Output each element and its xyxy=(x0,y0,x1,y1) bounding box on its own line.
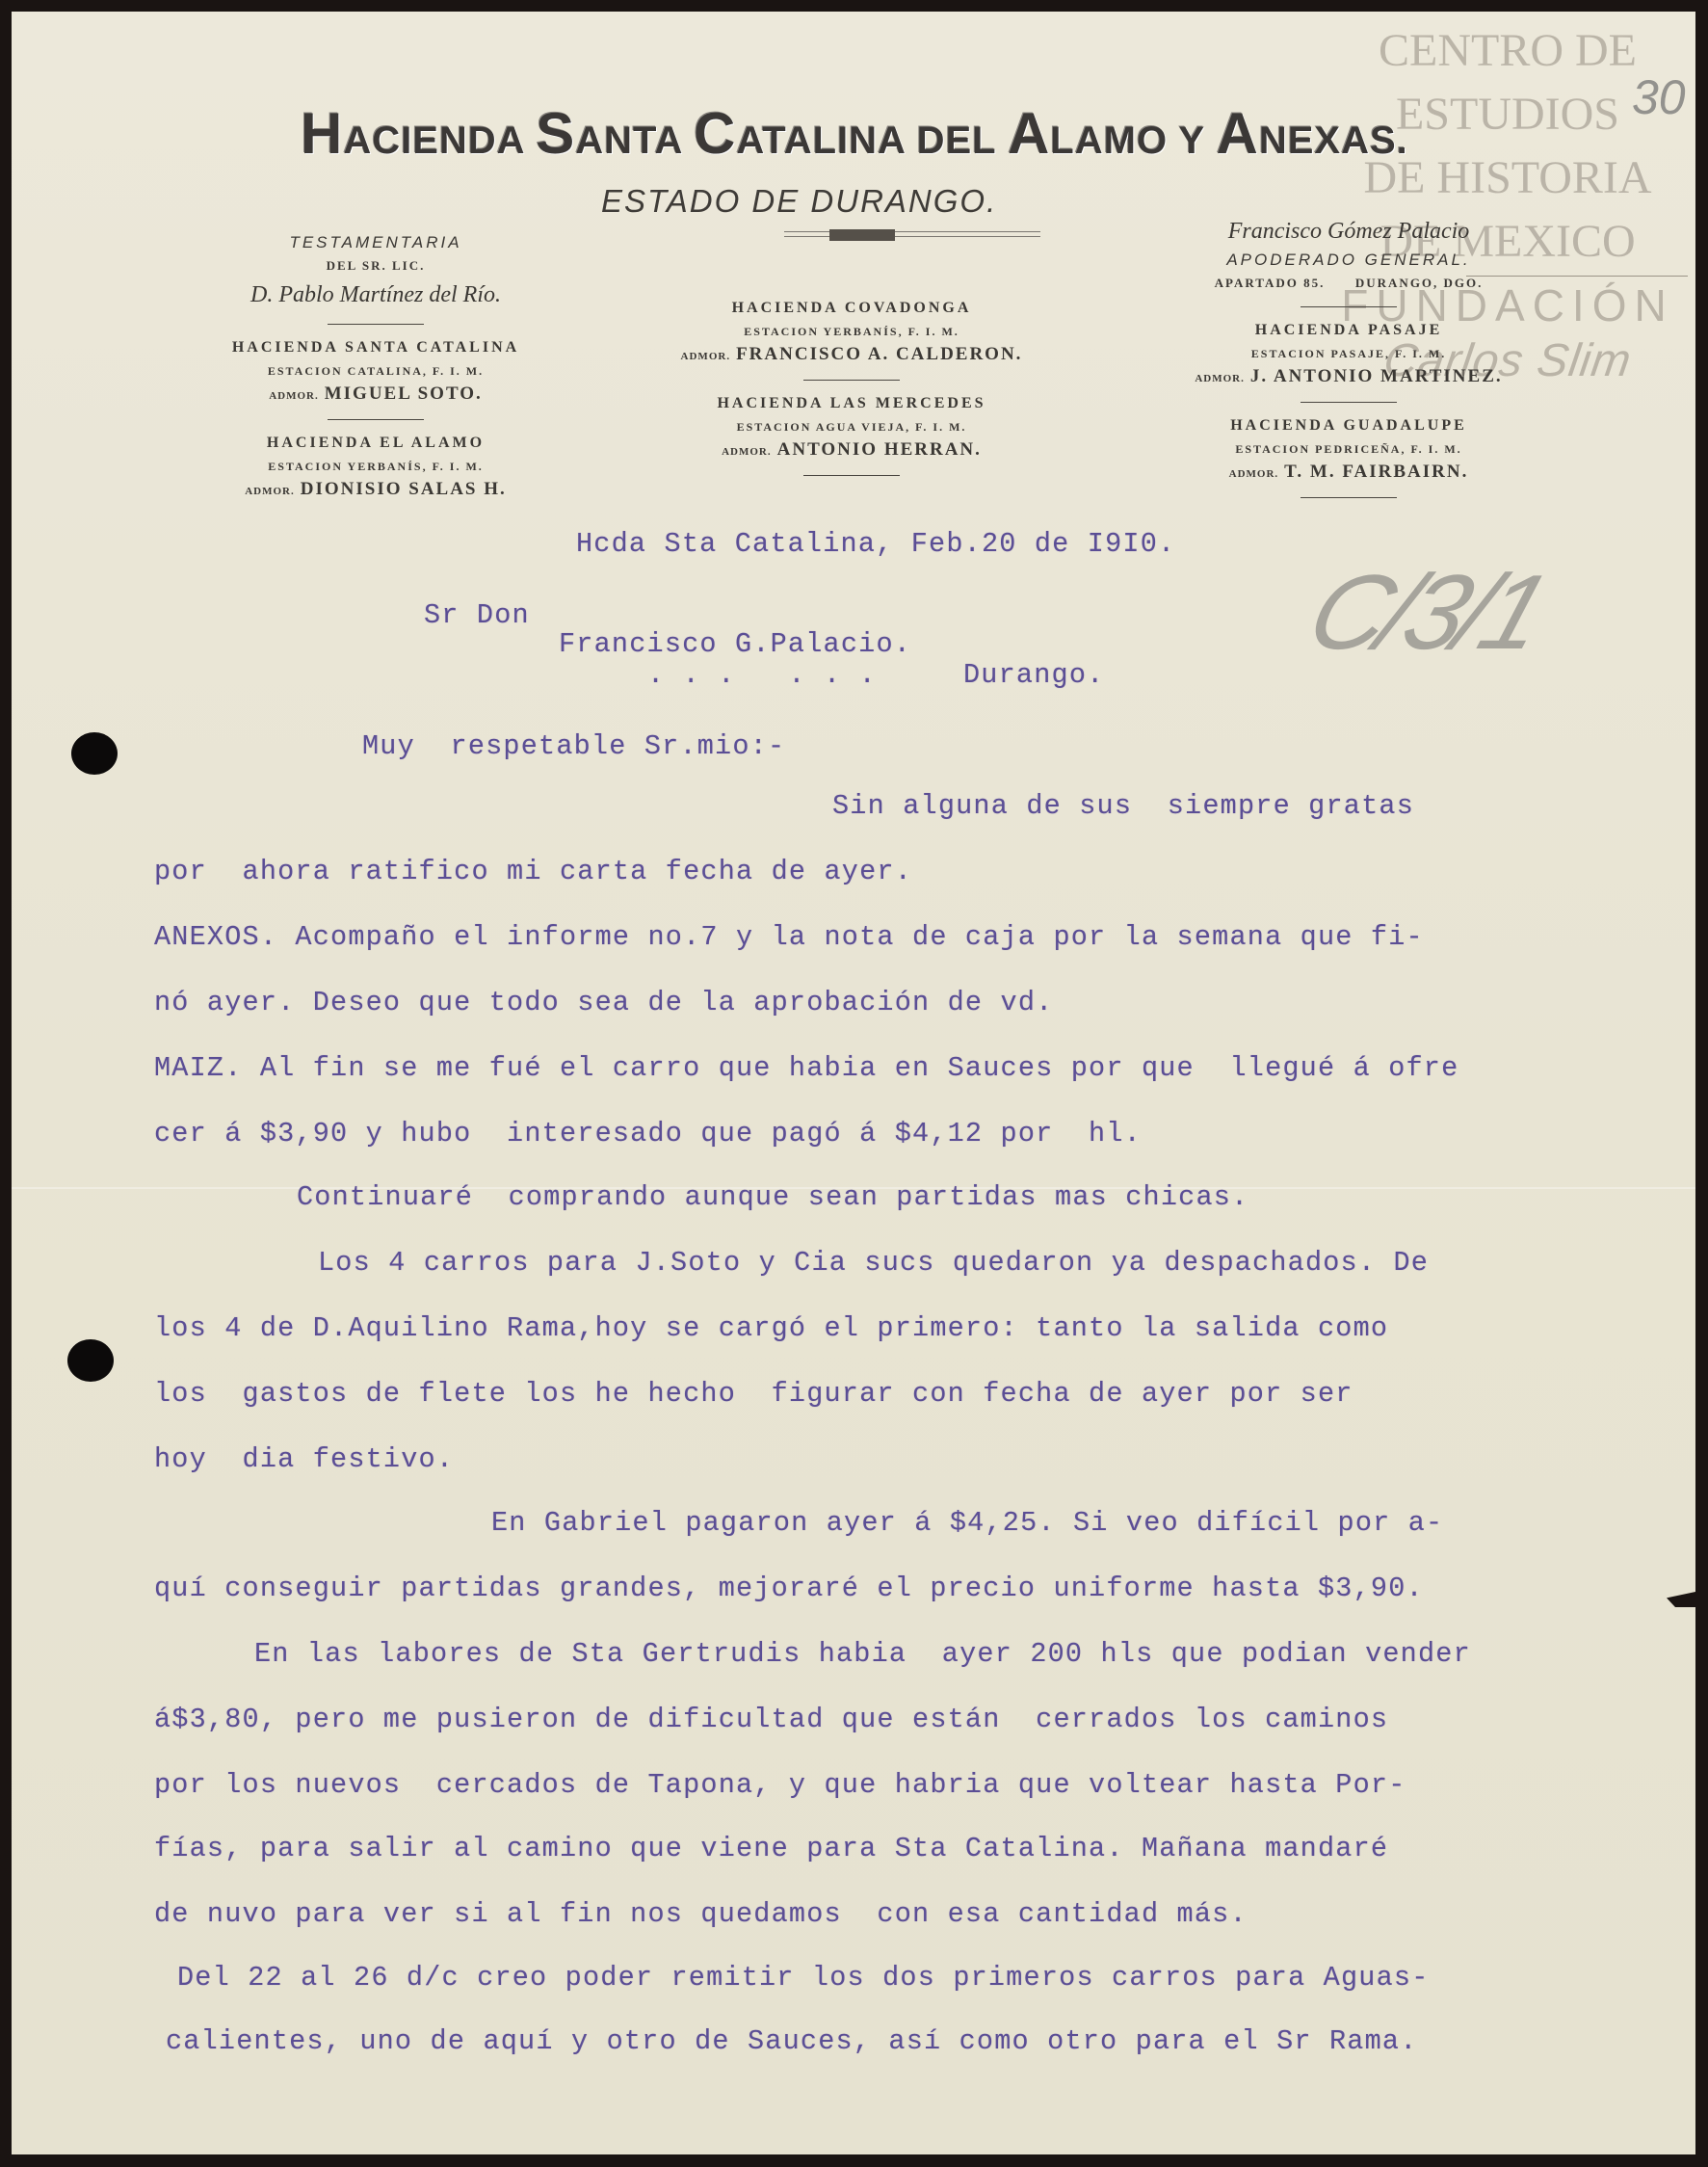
hacienda-station: ESTACION PEDRICEÑA, F. I. M. xyxy=(1146,437,1551,461)
hacienda-station: ESTACION AGUA VIEJA, F. I. M. xyxy=(611,415,1092,438)
body-line: ANEXOS. Acompaño el informe no.7 y la no… xyxy=(154,921,1424,953)
city: DURANGO, DGO. xyxy=(1355,276,1484,290)
divider xyxy=(803,380,900,381)
greeting: Muy respetable Sr.mio:- xyxy=(362,730,785,762)
punch-hole-top xyxy=(71,732,118,775)
divider xyxy=(328,324,424,325)
body-line: hoy dia festivo. xyxy=(154,1443,454,1475)
title-word: ATALINA DEL xyxy=(736,119,1008,162)
apartado: APARTADO 85. xyxy=(1215,276,1326,290)
letterhead-right-column: Francisco Gómez Palacio APODERADO GENERA… xyxy=(1146,214,1551,510)
hacienda-name: HACIENDA EL ALAMO xyxy=(183,432,568,455)
apoderado-title: APODERADO GENERAL. xyxy=(1146,249,1551,272)
recipient-city: Durango. xyxy=(963,659,1104,691)
body-line: cer á $3,90 y hubo interesado que pagó á… xyxy=(154,1118,1142,1150)
admor-label: ADMOR. xyxy=(245,486,295,497)
title-initial: H xyxy=(301,101,343,166)
hacienda-admor: ADMOR.FRANCISCO A. CALDERON. xyxy=(611,343,1092,368)
body-line: de nuvo para ver si al fin nos quedamos … xyxy=(154,1898,1248,1930)
hacienda-station: ESTACION YERBANÍS, F. I. M. xyxy=(611,320,1092,343)
divider xyxy=(1301,306,1397,307)
body-line: calientes, uno de aquí y otro de Sauces,… xyxy=(166,2025,1418,2057)
letterhead-title: HACIENDA SANTA CATALINA DEL ALAMO Y ANEX… xyxy=(301,100,1418,167)
body-line: los 4 de D.Aquilino Rama,hoy se cargó el… xyxy=(154,1312,1388,1344)
admor-label: ADMOR. xyxy=(1195,373,1245,384)
body-line: En las labores de Sta Gertrudis habia ay… xyxy=(254,1638,1471,1670)
divider xyxy=(328,419,424,420)
divider xyxy=(803,475,900,476)
admor-name: FRANCISCO A. CALDERON. xyxy=(736,344,1022,364)
hacienda-name: HACIENDA SANTA CATALINA xyxy=(183,336,568,359)
letterhead-subtitle: ESTADO DE DURANGO. xyxy=(601,183,997,220)
admor-name: J. ANTONIO MARTINEZ. xyxy=(1250,366,1503,386)
title-initial: A xyxy=(1217,101,1259,166)
letter-page: CENTRO DE ESTUDIOS DE HISTORIA DE MEXICO… xyxy=(12,12,1695,2154)
recipient-city-dots: . . . . . . xyxy=(647,659,877,691)
pencil-reference-mark: C/3/1 xyxy=(1294,551,1558,674)
admor-name: T. M. FAIRBAIRN. xyxy=(1284,462,1468,482)
admor-name: DIONISIO SALAS H. xyxy=(301,479,507,499)
body-line: Los 4 carros para J.Soto y Cia sucs qued… xyxy=(318,1247,1429,1279)
body-line: fías, para salir al camino que viene par… xyxy=(154,1833,1388,1864)
divider xyxy=(1301,402,1397,403)
hacienda-admor: ADMOR.DIONISIO SALAS H. xyxy=(183,478,568,503)
place-date: Hcda Sta Catalina, Feb.20 de I9I0. xyxy=(576,528,1175,560)
punch-hole-bottom xyxy=(67,1339,114,1382)
body-line: nó ayer. Deseo que todo sea de la aproba… xyxy=(154,987,1053,1018)
salutation-prefix: Sr Don xyxy=(424,599,530,631)
body-line: por ahora ratifico mi carta fecha de aye… xyxy=(154,856,912,887)
testamentaria-label: TESTAMENTARIA xyxy=(183,231,568,254)
title-initial: C xyxy=(694,101,736,166)
letterhead-left-column: TESTAMENTARIA DEL SR. LIC. D. Pablo Mart… xyxy=(183,231,568,503)
admor-name: MIGUEL SOTO. xyxy=(325,383,483,404)
body-line: En Gabriel pagaron ayer á $4,25. Si veo … xyxy=(491,1507,1443,1539)
body-line: Sin alguna de sus siempre gratas xyxy=(832,790,1414,822)
body-line: MAIZ. Al fin se me fué el carro que habi… xyxy=(154,1052,1458,1084)
admor-label: ADMOR. xyxy=(269,390,319,402)
hacienda-name: HACIENDA LAS MERCEDES xyxy=(611,392,1092,415)
body-line: quí conseguir partidas grandes, mejoraré… xyxy=(154,1572,1424,1604)
hacienda-admor: ADMOR.J. ANTONIO MARTINEZ. xyxy=(1146,365,1551,390)
apartado-line: APARTADO 85. DURANGO, DGO. xyxy=(1146,272,1551,295)
hacienda-station: ESTACION YERBANÍS, F. I. M. xyxy=(183,455,568,478)
hacienda-admor: ADMOR.T. M. FAIRBAIRN. xyxy=(1146,461,1551,486)
letterhead-center-column: HACIENDA COVADONGA ESTACION YERBANÍS, F.… xyxy=(611,297,1092,488)
owner-name: D. Pablo Martínez del Río. xyxy=(183,277,568,312)
title-word: NEXAS. xyxy=(1259,119,1408,162)
hacienda-name: HACIENDA GUADALUPE xyxy=(1146,414,1551,437)
body-line: Continuaré comprando aunque sean partida… xyxy=(297,1181,1248,1213)
recipient-name: Francisco G.Palacio. xyxy=(559,628,911,660)
apoderado-name: Francisco Gómez Palacio xyxy=(1146,214,1551,249)
hacienda-admor: ADMOR.MIGUEL SOTO. xyxy=(183,383,568,408)
body-line: los gastos de flete los he hecho figurar… xyxy=(154,1378,1353,1410)
title-word: LAMO Y xyxy=(1050,119,1216,162)
body-line: por los nuevos cercados de Tapona, y que… xyxy=(154,1769,1406,1801)
paper-tear xyxy=(1667,1592,1695,1607)
del-sr-lic-label: DEL SR. LIC. xyxy=(183,254,568,277)
admor-label: ADMOR. xyxy=(681,351,731,362)
admor-label: ADMOR. xyxy=(1229,468,1279,480)
admor-label: ADMOR. xyxy=(722,446,772,458)
body-line: á$3,80, pero me pusieron de dificultad q… xyxy=(154,1704,1388,1735)
pencil-page-number: 30 xyxy=(1632,69,1686,125)
hacienda-name: HACIENDA COVADONGA xyxy=(611,297,1092,320)
hacienda-name: HACIENDA PASAJE xyxy=(1146,319,1551,342)
letterhead-ornament-rule xyxy=(784,231,1040,241)
watermark-line: CENTRO DE xyxy=(1339,19,1676,83)
title-initial: S xyxy=(536,101,575,166)
hacienda-station: ESTACION CATALINA, F. I. M. xyxy=(183,359,568,383)
hacienda-station: ESTACION PASAJE, F. I. M. xyxy=(1146,342,1551,365)
admor-name: ANTONIO HERRAN. xyxy=(777,439,982,460)
title-initial: A xyxy=(1008,101,1050,166)
title-word: ANTA xyxy=(575,119,694,162)
title-word: ACIENDA xyxy=(343,119,536,162)
divider xyxy=(1301,497,1397,498)
body-line: Del 22 al 26 d/c creo poder remitir los … xyxy=(177,1962,1430,1994)
hacienda-admor: ADMOR.ANTONIO HERRAN. xyxy=(611,438,1092,463)
